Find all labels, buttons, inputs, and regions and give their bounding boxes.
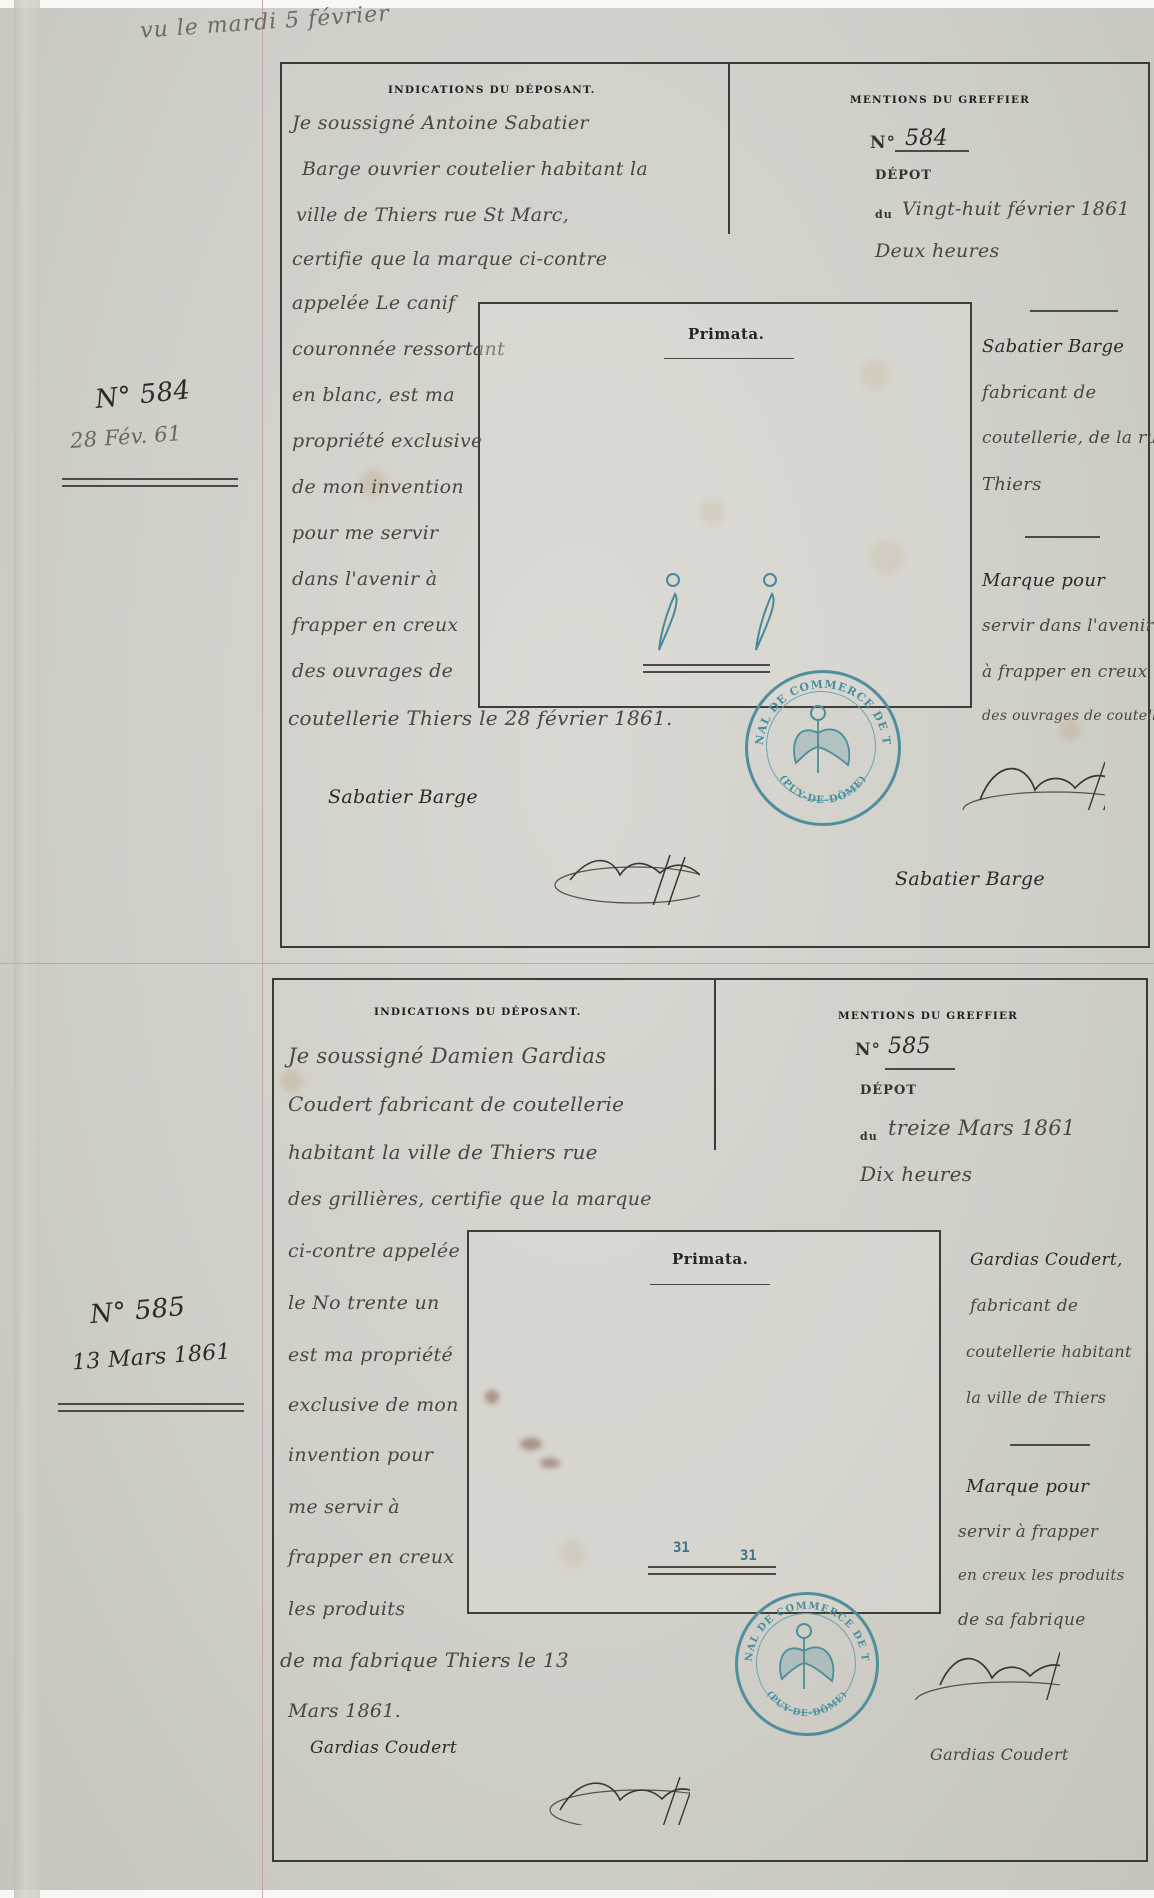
greffier-rule: [1010, 1444, 1090, 1446]
greffier-mark-line: Marque pour: [982, 570, 1105, 591]
deposant-line: Barge ouvrier coutelier habitant la: [302, 158, 648, 180]
greffier-number-label: N°: [870, 133, 896, 153]
deposant-line: invention pour: [288, 1444, 433, 1466]
greffier-mark-line: servir à frapper: [958, 1522, 1098, 1542]
deposant-line: est ma propriété: [288, 1344, 453, 1366]
mark-title-rule: [650, 1284, 770, 1285]
greffier-mark-line: Marque pour: [966, 1476, 1089, 1497]
greffier-deposant-line: la ville de Thiers: [966, 1388, 1106, 1407]
ink-blot: [485, 1390, 499, 1404]
knife-mark-icon: [655, 572, 685, 652]
du-label: du: [875, 208, 893, 221]
greffier-mark-line: servir dans l'avenir: [982, 616, 1154, 636]
deposant-line: coutellerie Thiers le 28 février 1861.: [288, 706, 673, 730]
margin-entry-date: 28 Fév. 61: [69, 421, 182, 453]
deposant-line: frapper en creux: [288, 1546, 454, 1568]
deposant-line: appelée Le canif: [292, 292, 456, 314]
deposant-line: Je soussigné Damien Gardias: [288, 1044, 606, 1068]
mark-title-rule: [664, 358, 794, 359]
deposant-line: Je soussigné Antoine Sabatier: [292, 112, 589, 134]
deposant-line: propriété exclusive: [292, 430, 483, 452]
deposant-signature: Gardias Coudert: [310, 1738, 457, 1758]
mark-title: Primata.: [688, 325, 764, 343]
greffier-mark-line: de sa fabrique: [958, 1610, 1086, 1630]
clerk-signature-flourish: [910, 1640, 1060, 1700]
du-label: du: [860, 1130, 878, 1143]
deposant-line: me servir à: [288, 1496, 400, 1518]
imperial-eagle-icon: [774, 1621, 840, 1697]
page-crease: [14, 0, 40, 1898]
greffier-header: MENTIONS DU GREFFIER: [838, 1010, 1018, 1022]
margin-entry-number: N° 584: [94, 375, 192, 415]
margin-rule-horizontal: [0, 963, 1154, 964]
margin-rule-vertical: [262, 0, 263, 1898]
deposant-line: en blanc, est ma: [292, 384, 455, 406]
greffier-header: MENTIONS DU GREFFIER: [850, 94, 1030, 106]
mark-stamp-31: 31: [740, 1548, 757, 1564]
register-page: vu le mardi 5 février N° 584 28 Fév. 61 …: [0, 0, 1154, 1898]
greffier-rule: [1030, 310, 1118, 312]
depot-label: DÉPOT: [860, 1083, 917, 1098]
depot-date: treize Mars 1861: [888, 1116, 1076, 1140]
depot-time: Dix heures: [860, 1162, 972, 1186]
mark-title: Primata.: [672, 1250, 748, 1268]
depot-label: DÉPOT: [875, 168, 932, 183]
greffier-deposant-line: Sabatier Barge: [982, 336, 1124, 357]
court-seal: TRIBUNAL DE COMMERCE DE THIERS (PUY-DE-D…: [735, 1592, 879, 1736]
greffier-deposant-line: Gardias Coudert,: [970, 1250, 1123, 1270]
greffier-deposant-line: Thiers: [982, 474, 1042, 495]
greffier-number: 585: [888, 1034, 931, 1059]
greffier-number-rule: [885, 1068, 955, 1070]
clerk-signature-flourish: [550, 845, 700, 905]
deposant-line: Mars 1861.: [288, 1700, 401, 1722]
ink-blot: [540, 1458, 560, 1468]
mark-box: [467, 1230, 941, 1614]
margin-entry-date: 13 Mars 1861: [71, 1339, 231, 1375]
greffier-mark-line: à frapper en creux: [982, 662, 1148, 682]
scan-border-bottom: [0, 1890, 1154, 1898]
depot-time: Deux heures: [875, 240, 1000, 262]
column-divider: [728, 64, 730, 234]
deposant-header: INDICATIONS DU DÉPOSANT.: [388, 84, 595, 96]
depot-date: Vingt-huit février 1861: [902, 198, 1130, 220]
deposant-line: de mon invention: [292, 476, 464, 498]
mark-stamp-31: 31: [673, 1540, 690, 1556]
deposant-line: ville de Thiers rue St Marc,: [296, 204, 569, 226]
greffier-rule: [1025, 536, 1100, 538]
greffier-number-label: N°: [855, 1040, 881, 1060]
greffier-deposant-line: coutellerie habitant: [966, 1342, 1132, 1361]
greffier-signature: Gardias Coudert: [930, 1745, 1069, 1764]
court-seal: TRIBUNAL DE COMMERCE DE THIERS (PUY-DE-D…: [745, 670, 901, 826]
clerk-signature-flourish: [955, 750, 1105, 810]
greffier-number: 584: [905, 126, 948, 151]
deposant-line: frapper en creux: [292, 614, 458, 636]
margin-entry-rule: [58, 1403, 244, 1412]
deposant-line: des grillières, certifie que la marque: [288, 1188, 652, 1210]
greffier-mark-line: des ouvrages de coutellerie: [982, 708, 1154, 724]
deposant-line: pour me servir: [292, 522, 438, 544]
deposant-line: des ouvrages de: [292, 660, 453, 682]
greffier-deposant-line: fabricant de: [982, 382, 1096, 403]
greffier-deposant-line: fabricant de: [970, 1296, 1078, 1316]
ink-blot: [520, 1438, 542, 1450]
deposant-line: le No trente un: [288, 1292, 440, 1314]
deposant-line: les produits: [288, 1598, 405, 1620]
deposant-line: habitant la ville de Thiers rue: [288, 1140, 598, 1164]
mark-base-rule: [643, 664, 770, 673]
deposant-line: ci-contre appelée: [288, 1240, 460, 1262]
imperial-eagle-icon: [788, 703, 858, 783]
greffier-mark-line: en creux les produits: [958, 1566, 1125, 1584]
clerk-signature-flourish: [540, 1765, 690, 1825]
scan-border-top: [0, 0, 1154, 8]
margin-entry-rule: [62, 478, 238, 487]
greffier-number-rule: [895, 150, 969, 152]
greffier-deposant-line: coutellerie, de la rue: [982, 428, 1154, 448]
deposant-line: de ma fabrique Thiers le 13: [280, 1648, 569, 1672]
column-divider: [714, 980, 716, 1150]
mark-base-rule: [648, 1566, 776, 1575]
knife-mark-icon: [752, 572, 782, 652]
deposant-line: Coudert fabricant de coutellerie: [288, 1092, 624, 1116]
deposant-line: dans l'avenir à: [292, 568, 437, 590]
deposant-line: couronnée ressortant: [292, 338, 505, 360]
mark-box: [478, 302, 972, 708]
greffier-signature: Sabatier Barge: [895, 868, 1045, 890]
margin-entry-number: N° 585: [89, 1292, 187, 1330]
deposant-line: exclusive de mon: [288, 1394, 459, 1416]
deposant-line: certifie que la marque ci-contre: [292, 248, 607, 270]
deposant-signature: Sabatier Barge: [328, 786, 478, 808]
deposant-header: INDICATIONS DU DÉPOSANT.: [374, 1006, 581, 1018]
